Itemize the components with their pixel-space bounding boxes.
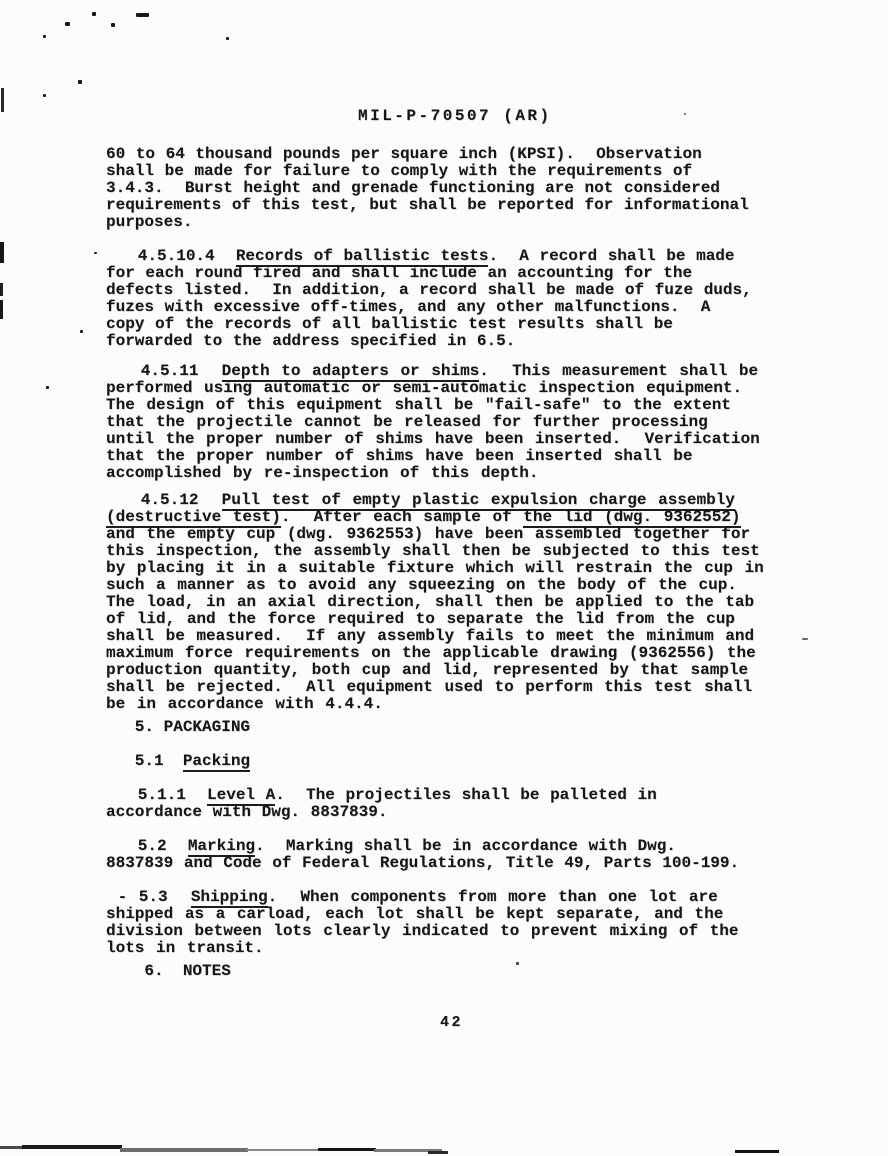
paragraph-3: 4.5.11 Depth to adapters or shims. This … <box>106 363 760 482</box>
text-segment: 60 to 64 thousand pounds per square inch… <box>106 145 702 163</box>
scan-bottom-streak <box>120 1148 248 1152</box>
scan-speck <box>43 94 46 97</box>
text-segment: requirements of this test, but shall be … <box>106 196 749 214</box>
text-line: such a manner as to avoid any squeezing … <box>106 577 764 594</box>
text-segment: until the proper number of shims have be… <box>106 430 760 448</box>
text-segment: 5.2 <box>106 837 188 855</box>
text-line: defects listed. In addition, a record sh… <box>106 282 752 299</box>
text-segment: that the projectile cannot be released f… <box>106 413 708 431</box>
text-segment: accordance with Dwg. 8837839. <box>106 803 387 821</box>
text-line: The design of this equipment shall be "f… <box>106 397 760 414</box>
text-segment: shall be measured. If any assembly fails… <box>106 627 754 645</box>
text-segment: of lid, and the force required to separa… <box>106 610 735 628</box>
text-line: maximum force requirements on the applic… <box>106 645 764 662</box>
text-line: 5.2 Marking. Marking shall be in accorda… <box>106 838 739 855</box>
text-line: - 5.3 Shipping. When components from mor… <box>106 889 739 906</box>
text-line: requirements of this test, but shall be … <box>106 197 749 214</box>
text-segment: division between lots clearly indicated … <box>106 922 739 940</box>
text-line: shipped as a carload, each lot shall be … <box>106 906 739 923</box>
scan-speck <box>136 13 149 17</box>
text-line: production quantity, both cup and lid, r… <box>106 662 764 679</box>
text-segment: by placing it in a suitable fixture whic… <box>106 559 764 577</box>
text-line: shall be measured. If any assembly fails… <box>106 628 764 645</box>
text-segment: - 5.3 <box>106 888 191 906</box>
text-line: 5. PACKAGING <box>106 719 250 736</box>
text-segment: be in accordance with 4.4.4. <box>106 695 383 713</box>
text-segment: . The projectiles shall be palleted in <box>275 786 656 804</box>
text-segment: this inspection, the assembly shall then… <box>106 542 760 560</box>
text-segment: . This measurement shall be <box>479 362 758 380</box>
underlined-text: Packing <box>183 752 250 772</box>
scan-edge-mark <box>0 242 4 263</box>
text-segment: defects listed. In addition, a record sh… <box>106 281 752 299</box>
paragraph-10: 6. NOTES <box>106 963 231 980</box>
text-segment: 5.1 <box>106 752 183 770</box>
text-segment: 3.4.3. Burst height and grenade function… <box>106 179 720 197</box>
scan-bottom-streak <box>318 1148 376 1151</box>
text-segment: . When components from more than one lot… <box>268 888 718 906</box>
text-segment: performed using automatic or semi-automa… <box>106 379 742 397</box>
text-segment: shall be rejected. All equipment used to… <box>106 678 752 696</box>
text-segment: shall be made for failure to comply with… <box>106 162 692 180</box>
paragraph-2: 4.5.10.4 Records of ballistic tests. A r… <box>106 248 752 350</box>
scan-speck <box>80 330 83 333</box>
text-line: by placing it in a suitable fixture whic… <box>106 560 764 577</box>
text-segment: 4.5.10.4 <box>106 247 236 265</box>
document-header: MIL-P-70507 (AR) <box>358 107 552 125</box>
text-segment: copy of the records of all ballistic tes… <box>106 315 673 333</box>
scan-edge-mark <box>1 88 4 112</box>
text-segment: . After each sample of <box>281 508 523 526</box>
text-line: shall be rejected. All equipment used to… <box>106 679 764 696</box>
text-line: this inspection, the assembly shall then… <box>106 543 764 560</box>
text-segment: . A record shall be made <box>488 247 734 265</box>
scan-speck <box>46 386 49 389</box>
text-line: lots in transit. <box>106 940 739 957</box>
text-line: 3.4.3. Burst height and grenade function… <box>106 180 749 197</box>
scan-speck <box>92 12 96 16</box>
scan-bottom-streak <box>22 1145 122 1149</box>
scan-edge-mark <box>0 283 3 296</box>
text-line: 4.5.11 Depth to adapters or shims. This … <box>106 363 760 380</box>
text-segment: accomplished by re-inspection of this de… <box>106 464 538 482</box>
text-line: 5.1 Packing <box>106 753 250 770</box>
scan-speck <box>43 35 46 38</box>
text-line: 4.5.10.4 Records of ballistic tests. A r… <box>106 248 752 265</box>
text-segment: for each round fired and shall include a… <box>106 264 692 282</box>
text-segment: lots in transit. <box>106 939 264 957</box>
scanned-document-page: MIL-P-70507 (AR) 60 to 64 thousand pound… <box>0 0 888 1156</box>
text-segment: purposes. <box>106 213 192 231</box>
text-segment: fuzes with excessive off-times, and any … <box>106 298 710 316</box>
text-line: copy of the records of all ballistic tes… <box>106 316 752 333</box>
scan-speck <box>65 22 70 26</box>
text-line: performed using automatic or semi-automa… <box>106 380 760 397</box>
text-line: shall be made for failure to comply with… <box>106 163 749 180</box>
text-line: division between lots clearly indicated … <box>106 923 739 940</box>
paragraph-9: - 5.3 Shipping. When components from mor… <box>106 889 739 957</box>
text-line: and the empty cup (dwg. 9362553) have be… <box>106 526 764 543</box>
text-segment: that the proper number of shims have bee… <box>106 447 693 465</box>
text-line: fuzes with excessive off-times, and any … <box>106 299 752 316</box>
text-line: 8837839 and Code of Federal Regulations,… <box>106 855 739 872</box>
text-line: 5.1.1 Level A. The projectiles shall be … <box>106 787 657 804</box>
text-line: 60 to 64 thousand pounds per square inch… <box>106 146 749 163</box>
scan-speck <box>226 37 229 40</box>
scan-bottom-streak <box>246 1149 326 1151</box>
text-segment: maximum force requirements on the applic… <box>106 644 756 662</box>
text-line: purposes. <box>106 214 749 231</box>
text-line: 4.5.12 Pull test of empty plastic expuls… <box>106 492 764 509</box>
text-segment: . Marking shall be in accordance with Dw… <box>255 837 676 855</box>
text-segment: 5. PACKAGING <box>106 718 250 736</box>
scan-speck <box>78 80 82 84</box>
scan-speck <box>802 638 808 640</box>
paragraph-4: 4.5.12 Pull test of empty plastic expuls… <box>106 492 764 713</box>
paragraph-5: 5. PACKAGING <box>106 719 250 736</box>
scan-edge-mark <box>0 300 3 319</box>
text-line: accordance with Dwg. 8837839. <box>106 804 657 821</box>
text-segment: The load, in an axial direction, shall t… <box>106 593 754 611</box>
text-line: forwarded to the address specified in 6.… <box>106 333 752 350</box>
paragraph-6: 5.1 Packing <box>106 753 250 770</box>
text-segment: 4.5.11 <box>106 362 222 380</box>
text-line: accomplished by re-inspection of this de… <box>106 465 760 482</box>
text-segment: forwarded to the address specified in 6.… <box>106 332 515 350</box>
text-segment: The design of this equipment shall be "f… <box>106 396 731 414</box>
text-line: for each round fired and shall include a… <box>106 265 752 282</box>
text-segment: and the empty cup (dwg. 9362553) have be… <box>106 525 750 543</box>
text-segment: such a manner as to avoid any squeezing … <box>106 576 737 594</box>
paragraph-8: 5.2 Marking. Marking shall be in accorda… <box>106 838 739 872</box>
text-line: The load, in an axial direction, shall t… <box>106 594 764 611</box>
text-segment: 6. NOTES <box>106 962 231 980</box>
scan-speck <box>94 252 97 254</box>
text-line: (destructive test). After each sample of… <box>106 509 764 526</box>
text-line: 6. NOTES <box>106 963 231 980</box>
scan-speck <box>684 113 686 115</box>
page-number: 42 <box>440 1014 463 1031</box>
paragraph-1: 60 to 64 thousand pounds per square inch… <box>106 146 749 231</box>
scan-speck <box>516 962 519 965</box>
text-segment: production quantity, both cup and lid, r… <box>106 661 748 679</box>
text-line: be in accordance with 4.4.4. <box>106 696 764 713</box>
text-line: until the proper number of shims have be… <box>106 431 760 448</box>
text-segment: 5.1.1 <box>106 786 207 804</box>
text-segment: shipped as a carload, each lot shall be … <box>106 905 723 923</box>
text-line: that the projectile cannot be released f… <box>106 414 760 431</box>
scan-bottom-streak <box>428 1151 448 1154</box>
text-line: that the proper number of shims have bee… <box>106 448 760 465</box>
text-segment: 4.5.12 <box>106 491 222 509</box>
scan-speck <box>111 23 115 27</box>
text-line: of lid, and the force required to separa… <box>106 611 764 628</box>
scan-bottom-streak <box>735 1150 779 1153</box>
paragraph-7: 5.1.1 Level A. The projectiles shall be … <box>106 787 657 821</box>
text-segment: 8837839 and Code of Federal Regulations,… <box>106 854 739 872</box>
